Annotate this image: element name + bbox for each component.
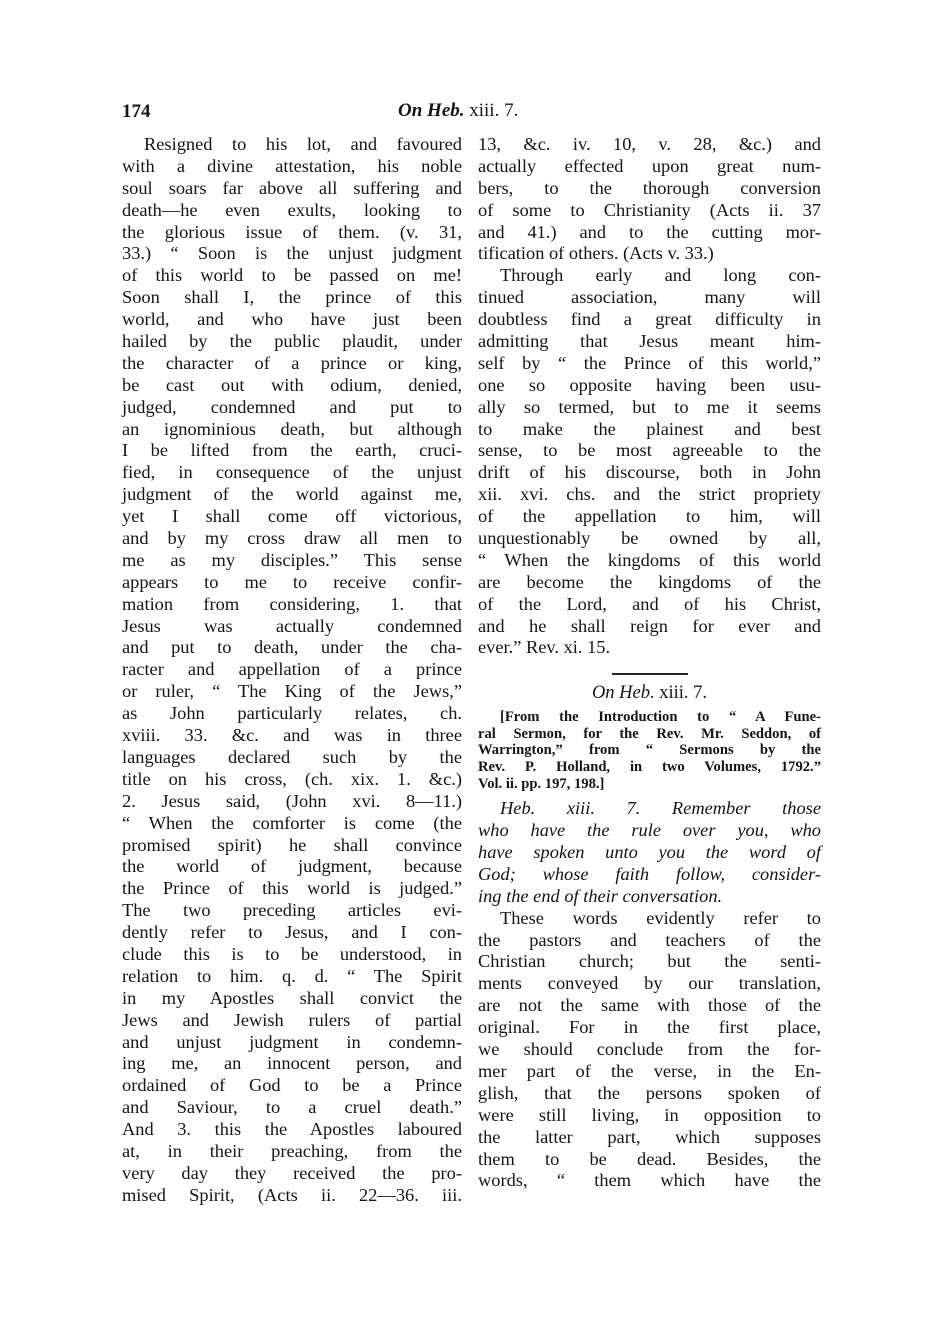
- continuation-paragraph: 13, &c. iv. 10, v. 28, &c.) andactually …: [478, 134, 821, 265]
- text-line: Warrington,” from “ Sermons by the: [478, 742, 821, 759]
- text-line: ing the end of their conversation.: [478, 886, 821, 908]
- text-line: ever.” Rev. xi. 15.: [478, 637, 821, 659]
- text-line: and Saviour, to a cruel death.”: [122, 1097, 462, 1119]
- text-line: [From the Introduction to “ A Fune-: [478, 709, 821, 726]
- text-line: 2. Jesus said, (John xvi. 8—11.): [122, 791, 462, 813]
- text-line: admitting that Jesus meant him-: [478, 331, 821, 353]
- text-line: or ruler, “ The King of the Jews,”: [122, 681, 462, 703]
- text-line: “ When the kingdoms of this world: [478, 550, 821, 572]
- text-line: bers, to the thorough conversion: [478, 178, 821, 200]
- text-line: be cast out with odium, denied,: [122, 375, 462, 397]
- text-line: mer part of the verse, in the En-: [478, 1061, 821, 1083]
- text-line: drift of his discourse, both in John: [478, 462, 821, 484]
- text-line: of some to Christianity (Acts ii. 37: [478, 200, 821, 222]
- text-line: glish, that the persons spoken of: [478, 1083, 821, 1105]
- text-line: 13, &c. iv. 10, v. 28, &c.) and: [478, 134, 821, 156]
- text-line: sense, to be most agreeable to the: [478, 440, 821, 462]
- text-line: soul soars far above all suffering and: [122, 178, 462, 200]
- text-line: title on his cross, (ch. xix. 1. &c.): [122, 769, 462, 791]
- text-line: judged, condemned and put to: [122, 397, 462, 419]
- text-line: the Prince of this world is judged.”: [122, 878, 462, 900]
- text-line: The two preceding articles evi-: [122, 900, 462, 922]
- text-line: as John particularly relates, ch.: [122, 703, 462, 725]
- text-line: tinued association, many will: [478, 287, 821, 309]
- text-line: clude this is to be understood, in: [122, 944, 462, 966]
- text-line: mised Spirit, (Acts ii. 22—36. iii.: [122, 1185, 462, 1207]
- text-line: with a divine attestation, his noble: [122, 156, 462, 178]
- text-line: and put to death, under the cha-: [122, 637, 462, 659]
- text-line: “ When the comforter is come (the: [122, 813, 462, 835]
- text-line: yet I shall come off victorious,: [122, 506, 462, 528]
- text-line: judgment of the world against me,: [122, 484, 462, 506]
- text-line: xviii. 33. &c. and was in three: [122, 725, 462, 747]
- left-column: Resigned to his lot, and favouredwith a …: [122, 134, 462, 1207]
- text-line: God; whose faith follow, consider-: [478, 864, 821, 886]
- text-line: the glorious issue of them. (v. 31,: [122, 222, 462, 244]
- text-line: Jews and Jewish rulers of partial: [122, 1010, 462, 1032]
- text-line: have spoken unto you the word of: [478, 842, 821, 864]
- text-line: death—he even exults, looking to: [122, 200, 462, 222]
- text-line: words, “ them which have the: [478, 1170, 821, 1192]
- section-title-rest: xiii. 7.: [655, 683, 707, 703]
- text-line: the world of judgment, because: [122, 856, 462, 878]
- text-line: unquestionably be owned by all,: [478, 528, 821, 550]
- text-line: world, and who have just been: [122, 309, 462, 331]
- text-line: tification of others. (Acts v. 33.): [478, 243, 821, 265]
- scripture-verse: Heb. xiii. 7. Remember thosewho have the…: [478, 798, 821, 907]
- text-line: I be lifted from the earth, cruci-: [122, 440, 462, 462]
- text-line: in my Apostles shall convict the: [122, 988, 462, 1010]
- text-line: to make the plainest and best: [478, 419, 821, 441]
- text-line: the pastors and teachers of the: [478, 930, 821, 952]
- text-line: dently refer to Jesus, and I con-: [122, 922, 462, 944]
- text-line: of the Lord, and of his Christ,: [478, 594, 821, 616]
- right-column: 13, &c. iv. 10, v. 28, &c.) andactually …: [478, 134, 821, 1192]
- text-line: ral Sermon, for the Rev. Mr. Seddon, of: [478, 726, 821, 743]
- text-line: and by my cross draw all men to: [122, 528, 462, 550]
- text-line: who have the rule over you, who: [478, 820, 821, 842]
- source-note: [From the Introduction to “ A Fune-ral S…: [478, 709, 821, 792]
- page-number: 174: [122, 101, 151, 123]
- text-line: ments conveyed by our translation,: [478, 973, 821, 995]
- section-title-italic: On Heb.: [592, 683, 655, 703]
- text-line: languages declared such by the: [122, 747, 462, 769]
- text-line: are not the same with those of the: [478, 995, 821, 1017]
- running-head-italic: On Heb.: [398, 100, 465, 121]
- text-line: actually effected upon great num-: [478, 156, 821, 178]
- text-line: These words evidently refer to: [478, 908, 821, 930]
- text-line: ordained of God to be a Prince: [122, 1075, 462, 1097]
- text-line: doubtless find a great difficulty in: [478, 309, 821, 331]
- text-line: of the appellation to him, will: [478, 506, 821, 528]
- text-line: me as my disciples.” This sense: [122, 550, 462, 572]
- text-line: Resigned to his lot, and favoured: [122, 134, 462, 156]
- text-line: original. For in the first place,: [478, 1017, 821, 1039]
- text-line: promised spirit) he shall convince: [122, 835, 462, 857]
- running-head: On Heb. xiii. 7.: [398, 100, 518, 122]
- text-line: and 41.) and to the cutting mor-: [478, 222, 821, 244]
- text-line: very day they received the pro-: [122, 1163, 462, 1185]
- text-line: we should conclude from the for-: [478, 1039, 821, 1061]
- text-line: Through early and long con-: [478, 265, 821, 287]
- text-line: were still living, in opposition to: [478, 1105, 821, 1127]
- section-title: On Heb. xiii. 7.: [478, 683, 821, 705]
- paragraph-through-early: Through early and long con-tinued associ…: [478, 265, 821, 659]
- text-line: Heb. xiii. 7. Remember those: [478, 798, 821, 820]
- text-line: 33.) “ Soon is the unjust judgment: [122, 243, 462, 265]
- body-paragraph: These words evidently refer tothe pastor…: [478, 908, 821, 1193]
- text-line: appears to me to receive confir-: [122, 572, 462, 594]
- text-line: an ignominious death, but although: [122, 419, 462, 441]
- text-line: Rev. P. Holland, in two Volumes, 1792.”: [478, 759, 821, 776]
- text-line: them to be dead. Besides, the: [478, 1149, 821, 1171]
- text-line: ing me, an innocent person, and: [122, 1053, 462, 1075]
- text-line: Jesus was actually condemned: [122, 616, 462, 638]
- text-line: the latter part, which supposes: [478, 1127, 821, 1149]
- running-head-rest: xiii. 7.: [465, 100, 519, 121]
- text-line: of this world to be passed on me!: [122, 265, 462, 287]
- text-line: Soon shall I, the prince of this: [122, 287, 462, 309]
- text-line: xii. xvi. chs. and the strict propriety: [478, 484, 821, 506]
- text-line: And 3. this the Apostles laboured: [122, 1119, 462, 1141]
- text-line: are become the kingdoms of the: [478, 572, 821, 594]
- text-line: mation from considering, 1. that: [122, 594, 462, 616]
- text-line: racter and appellation of a prince: [122, 659, 462, 681]
- text-line: fied, in consequence of the unjust: [122, 462, 462, 484]
- text-line: Christian church; but the senti-: [478, 951, 821, 973]
- text-line: Vol. ii. pp. 197, 198.]: [478, 776, 821, 793]
- text-line: relation to him. q. d. “ The Spirit: [122, 966, 462, 988]
- section-divider: [612, 673, 688, 675]
- text-line: one so opposite having been usu-: [478, 375, 821, 397]
- text-line: self by “ the Prince of this world,”: [478, 353, 821, 375]
- text-line: and he shall reign for ever and: [478, 616, 821, 638]
- text-line: hailed by the public plaudit, under: [122, 331, 462, 353]
- text-line: the character of a prince or king,: [122, 353, 462, 375]
- text-line: at, in their preaching, from the: [122, 1141, 462, 1163]
- text-line: ally so termed, but to me it seems: [478, 397, 821, 419]
- text-line: and unjust judgment in condemn-: [122, 1032, 462, 1054]
